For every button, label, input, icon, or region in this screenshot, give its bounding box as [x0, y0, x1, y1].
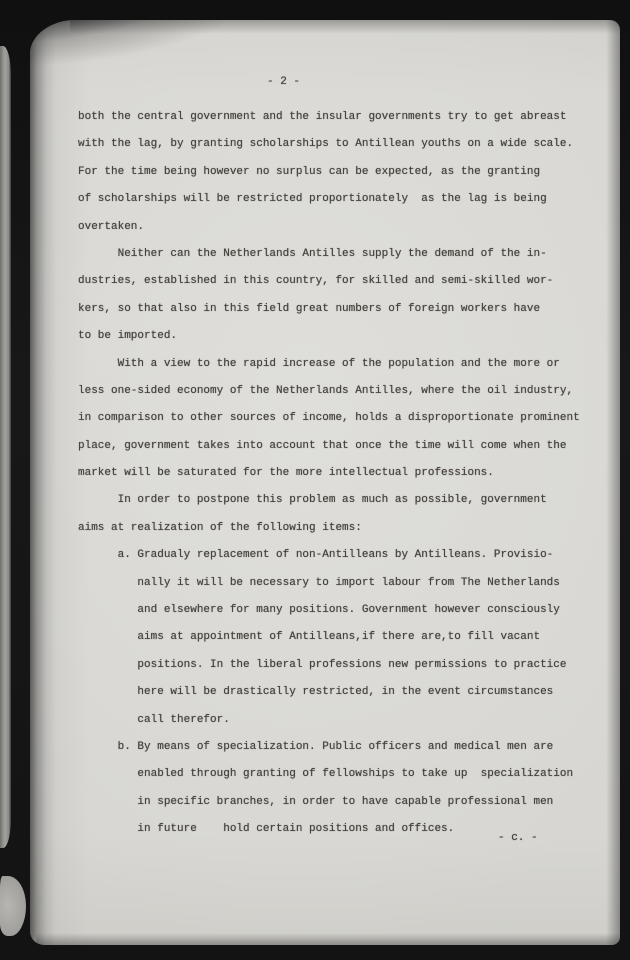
text-line: Neither can the Netherlands Antilles sup…: [78, 241, 593, 268]
text-line: dustries, established in this country, f…: [78, 268, 593, 295]
text-line: both the central government and the insu…: [78, 104, 593, 131]
text-line: b. By means of specialization. Public of…: [78, 734, 593, 761]
page-number: - 2 -: [267, 76, 300, 88]
text-line: call therefor.: [78, 707, 593, 734]
underlying-pages-edge: [0, 46, 11, 848]
scanned-page: - 2 - both the central government and th…: [30, 20, 620, 945]
text-line: with the lag, by granting scholarships t…: [78, 131, 593, 158]
text-line: here will be drastically restricted, in …: [78, 679, 593, 706]
text-line: in comparison to other sources of income…: [78, 405, 593, 432]
typewritten-text-block: both the central government and the insu…: [78, 104, 593, 844]
text-line: to be imported.: [78, 323, 593, 350]
text-line: and elsewhere for many positions. Govern…: [78, 597, 593, 624]
top-edge-shadow: [70, 20, 620, 34]
text-line: a. Gradualy replacement of non-Antillean…: [78, 542, 593, 569]
text-line: aims at realization of the following ite…: [78, 515, 593, 542]
text-line: in specific branches, in order to have c…: [78, 789, 593, 816]
text-line: market will be saturated for the more in…: [78, 460, 593, 487]
text-line: With a view to the rapid increase of the…: [78, 351, 593, 378]
text-line: enabled through granting of fellowships …: [78, 761, 593, 788]
text-line: place, government takes into account tha…: [78, 433, 593, 460]
text-line: nally it will be necessary to import lab…: [78, 570, 593, 597]
right-edge-shadow: [606, 20, 620, 945]
text-line: For the time being however no surplus ca…: [78, 159, 593, 186]
text-line: In order to postpone this problem as muc…: [78, 487, 593, 514]
bottom-edge-shadow: [36, 933, 620, 945]
text-line: less one-sided economy of the Netherland…: [78, 378, 593, 405]
text-line: positions. In the liberal professions ne…: [78, 652, 593, 679]
text-line: overtaken.: [78, 214, 593, 241]
text-line: kers, so that also in this field great n…: [78, 296, 593, 323]
text-line: aims at appointment of Antilleans,if the…: [78, 624, 593, 651]
text-line: of scholarships will be restricted propo…: [78, 186, 593, 213]
continuation-marker: - c. -: [498, 832, 538, 844]
